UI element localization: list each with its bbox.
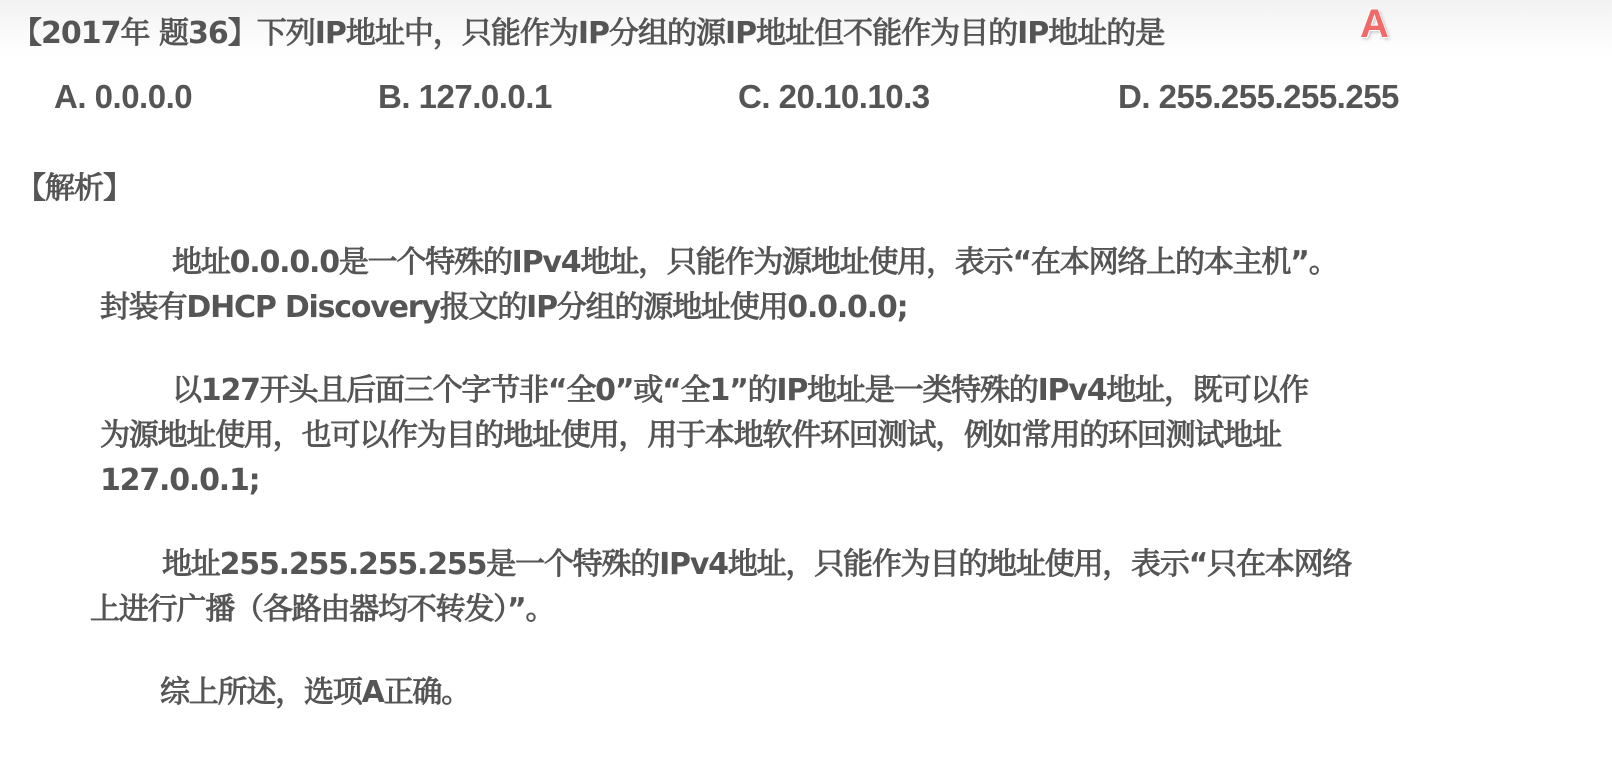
answer-mark: A <box>1360 2 1389 47</box>
paragraph-line: 封装有DHCP Discovery报文的IP分组的源地址使用0.0.0.0; <box>100 285 1580 330</box>
analysis-heading: 【解析】 <box>16 163 132 207</box>
analysis-paragraph-1: 地址0.0.0.0是一个特殊的IPv4地址，只能作为源地址使用，表示“在本网络上… <box>100 240 1580 330</box>
paragraph-line: 127.0.0.1; <box>100 458 1580 503</box>
paragraph-line: 上进行广播（各路由器均不转发）”。 <box>90 587 1570 632</box>
analysis-paragraph-2: 以127开头且后面三个字节非“全0”或“全1”的IP地址是一类特殊的IPv4地址… <box>100 368 1580 503</box>
options-row: A. 0.0.0.0 B. 127.0.0.1 C. 20.10.10.3 D.… <box>0 78 1612 118</box>
paragraph-line: 为源地址使用，也可以作为目的地址使用，用于本地软件环回测试，例如常用的环回测试地… <box>100 413 1580 458</box>
option-c: C. 20.10.10.3 <box>738 78 930 116</box>
paragraph-line: 以127开头且后面三个字节非“全0”或“全1”的IP地址是一类特殊的IPv4地址… <box>100 368 1580 413</box>
analysis-paragraph-3: 地址255.255.255.255是一个特殊的IPv4地址，只能作为目的地址使用… <box>90 542 1570 632</box>
analysis-conclusion: 综上所述，选项A正确。 <box>160 670 1560 715</box>
option-a: A. 0.0.0.0 <box>54 78 192 116</box>
paragraph-line: 综上所述，选项A正确。 <box>160 670 1560 715</box>
option-d: D. 255.255.255.255 <box>1118 78 1399 116</box>
paragraph-line: 地址255.255.255.255是一个特殊的IPv4地址，只能作为目的地址使用… <box>90 542 1570 587</box>
option-b: B. 127.0.0.1 <box>378 78 552 116</box>
question-text: 【2017年 题36】下列IP地址中，只能作为IP分组的源IP地址但不能作为目的… <box>12 8 1164 52</box>
paragraph-line: 地址0.0.0.0是一个特殊的IPv4地址，只能作为源地址使用，表示“在本网络上… <box>100 240 1580 285</box>
